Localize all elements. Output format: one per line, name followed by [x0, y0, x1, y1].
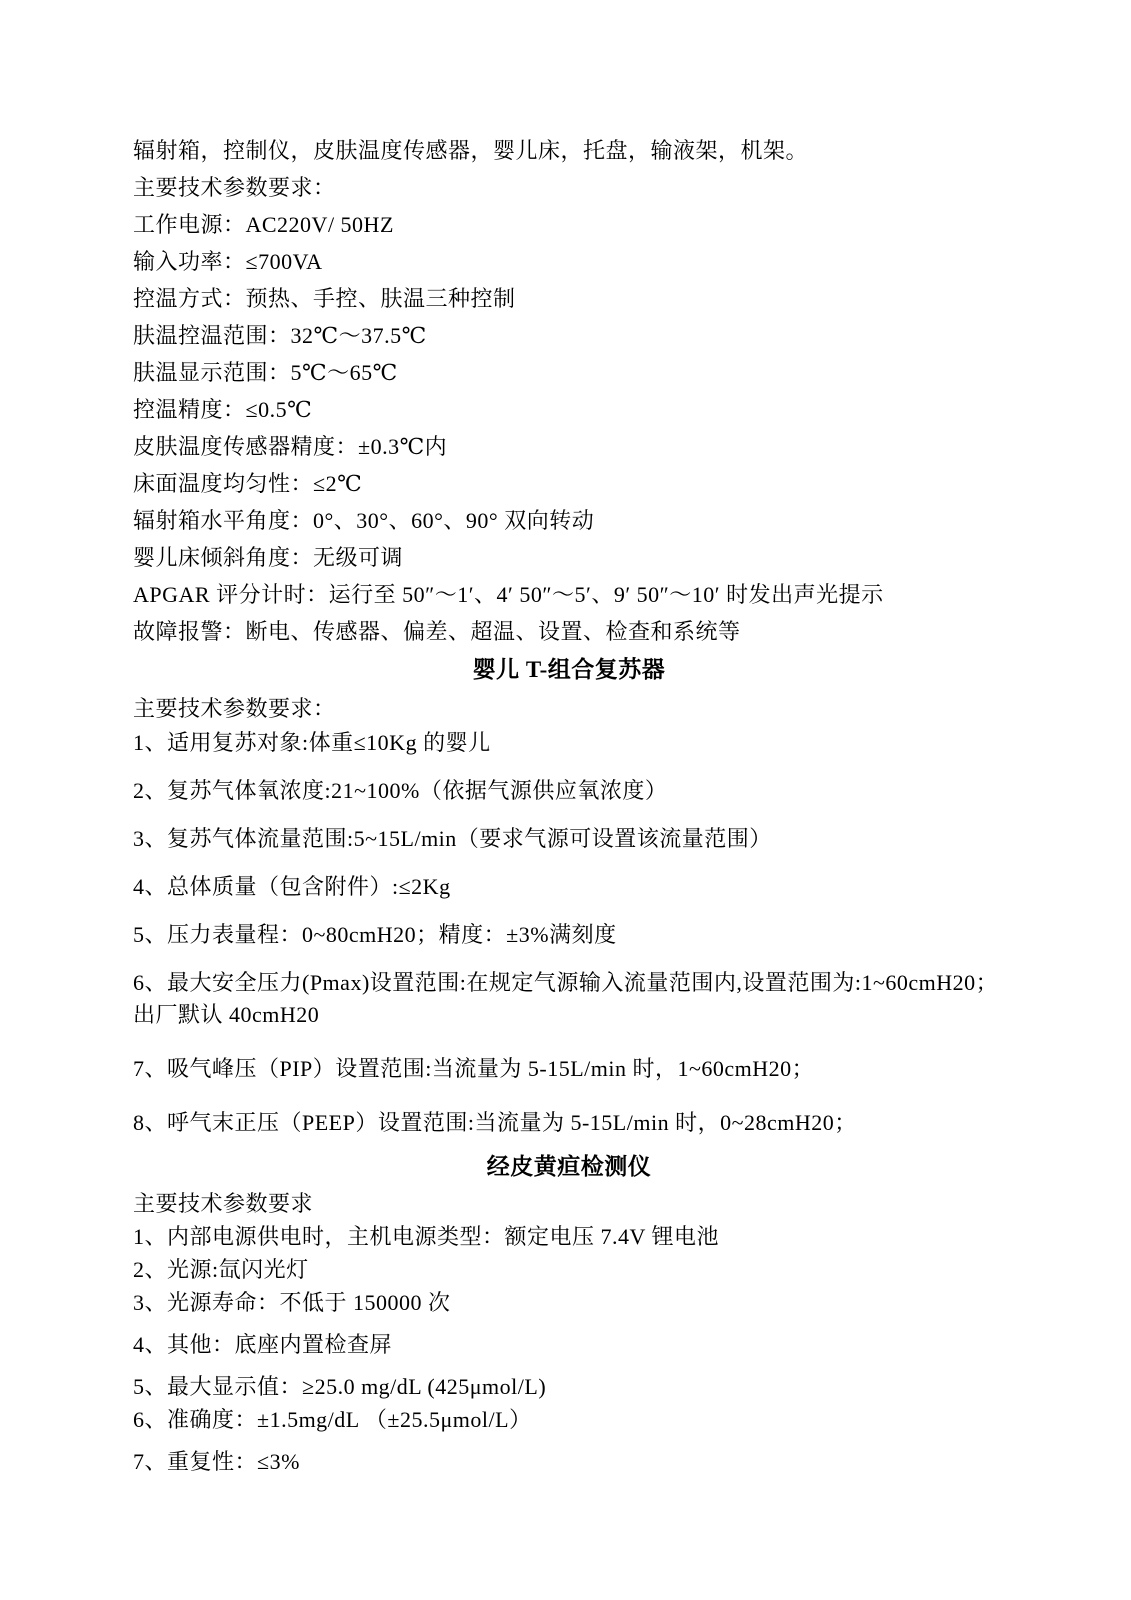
spec-line-fault-alarm: 故障报警：断电、传感器、偏差、超温、设置、检查和系统等: [133, 613, 1005, 650]
spec-item-internal-power: 1、内部电源供电时，主机电源类型：额定电压 7.4V 锂电池: [133, 1220, 1005, 1253]
spec-line-crib-tilt-angle: 婴儿床倾斜角度：无级可调: [133, 539, 1005, 576]
section-title-resuscitator: 婴儿 T-组合复苏器: [133, 650, 1005, 690]
spec-line-temp-control-mode: 控温方式：预热、手控、肤温三种控制: [133, 280, 1005, 317]
spec-line-radiant-box-angle: 辐射箱水平角度：0°、30°、60°、90° 双向转动: [133, 502, 1005, 539]
spec-item-pmax-default: 出厂默认 40cmH20: [133, 999, 1005, 1031]
spec-item-oxygen-concentration: 2、复苏气体氧浓度:21~100%（依据气源供应氧浓度）: [133, 775, 1005, 807]
params-header-jaundice: 主要技术参数要求: [133, 1187, 1005, 1220]
spec-line-skin-temp-display-range: 肤温显示范围：5℃～65℃: [133, 354, 1005, 391]
spec-item-light-source-life: 3、光源寿命：不低于 150000 次: [133, 1286, 1005, 1319]
spec-item-pip-range: 7、吸气峰压（PIP）设置范围:当流量为 5-15L/min 时，1~60cmH…: [133, 1053, 1005, 1085]
spec-line-apgar-timer: APGAR 评分计时：运行至 50″～1′、4′ 50″～5′、9′ 50″～1…: [133, 576, 1005, 613]
spec-line-skin-sensor-accuracy: 皮肤温度传感器精度：±0.3℃内: [133, 428, 1005, 465]
spec-item-light-source: 2、光源:氙闪光灯: [133, 1253, 1005, 1286]
spec-item-other-feature: 4、其他：底座内置检查屏: [133, 1328, 1005, 1361]
spec-line-bed-temp-uniformity: 床面温度均匀性：≤2℃: [133, 465, 1005, 502]
spec-item-accuracy: 6、准确度：±1.5mg/dL （±25.5μmol/L）: [133, 1403, 1005, 1436]
section-title-jaundice: 经皮黄疸检测仪: [133, 1147, 1005, 1187]
document-page: 辐射箱，控制仪，皮肤温度传感器，婴儿床，托盘，输液架，机架。 主要技术参数要求：…: [133, 132, 1005, 1478]
spec-line-power-supply: 工作电源：AC220V/ 50HZ: [133, 206, 1005, 243]
spec-line-skin-temp-control-range: 肤温控温范围：32℃～37.5℃: [133, 317, 1005, 354]
spec-line-input-power: 输入功率：≤700VA: [133, 243, 1005, 280]
spec-item-flow-range: 3、复苏气体流量范围:5~15L/min（要求气源可设置该流量范围）: [133, 823, 1005, 855]
spec-item-pmax-range: 6、最大安全压力(Pmax)设置范围:在规定气源输入流量范围内,设置范围为:1~…: [133, 967, 1005, 999]
spec-item-peep-range: 8、呼气末正压（PEEP）设置范围:当流量为 5-15L/min 时，0~28c…: [133, 1107, 1005, 1139]
spec-item-repeatability: 7、重复性：≤3%: [133, 1445, 1005, 1478]
component-list-line: 辐射箱，控制仪，皮肤温度传感器，婴儿床，托盘，输液架，机架。: [133, 132, 1005, 169]
spec-item-applicable-patient: 1、适用复苏对象:体重≤10Kg 的婴儿: [133, 727, 1005, 759]
params-header-resuscitator: 主要技术参数要求：: [133, 690, 1005, 727]
params-header-warmer: 主要技术参数要求：: [133, 169, 1005, 206]
spec-item-total-weight: 4、总体质量（包含附件）:≤2Kg: [133, 871, 1005, 903]
spec-item-max-display-value: 5、最大显示值：≥25.0 mg/dL (425μmol/L): [133, 1370, 1005, 1403]
spec-item-pressure-gauge: 5、压力表量程：0~80cmH20；精度：±3%满刻度: [133, 919, 1005, 951]
spec-line-temp-control-accuracy: 控温精度：≤0.5℃: [133, 391, 1005, 428]
